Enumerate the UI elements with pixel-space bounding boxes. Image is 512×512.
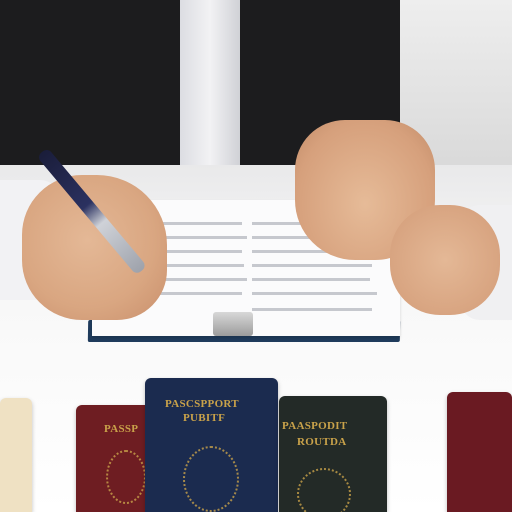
passport-blue: PASCSPPORT PUBITF	[145, 378, 278, 512]
passport-title: PASSP	[104, 423, 138, 435]
shirt	[180, 0, 240, 175]
emblem-icon	[297, 468, 351, 512]
passport-title: PASCSPPORT	[165, 398, 239, 410]
passport-tan	[0, 398, 32, 512]
passport-subtitle: ROUTDA	[297, 436, 346, 448]
clipboard-clip	[213, 312, 253, 336]
passport-maroon	[447, 392, 512, 512]
passport-subtitle: PUBITF	[183, 412, 225, 424]
photo-scene: PASSP PASCSPPORT PUBITF PAASPODIT ROUTDA	[0, 0, 512, 512]
passport-title: PAASPODIT	[282, 420, 347, 432]
passport-red: PASSP	[76, 405, 152, 512]
emblem-icon	[106, 450, 146, 504]
passport-black: PAASPODIT ROUTDA	[279, 396, 387, 512]
emblem-icon	[183, 446, 239, 512]
left-hand	[22, 175, 167, 320]
right-fingers	[390, 205, 500, 315]
